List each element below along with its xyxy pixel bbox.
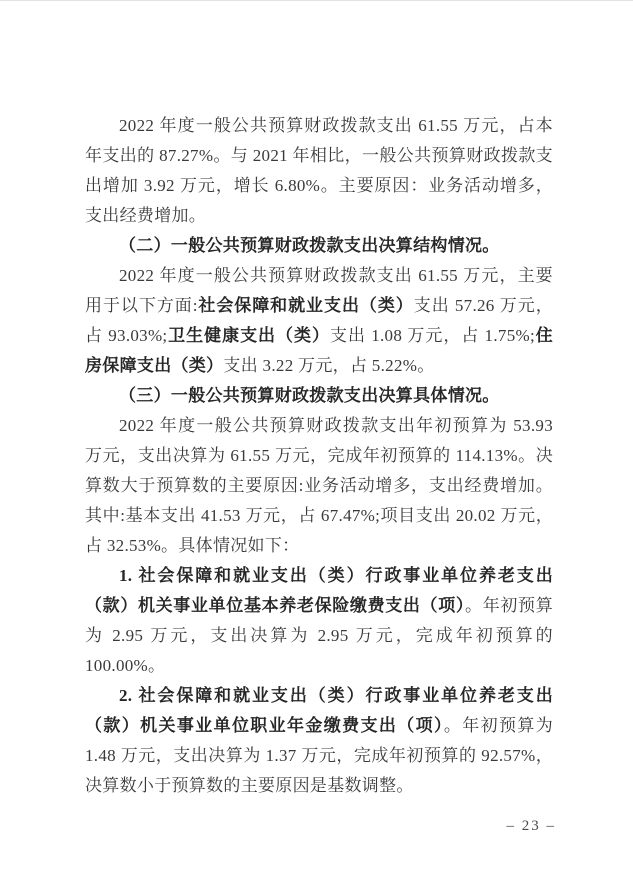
heading-section-3: （三）一般公共预算财政拨款支出决算具体情况。	[85, 381, 553, 411]
paragraph-expenditure-summary: 2022 年度一般公共预算财政拨款支出 61.55 万元，占本年支出的 87.2…	[85, 111, 553, 231]
list-item-2-annuity-contribution: 2. 社会保障和就业支出（类）行政事业单位养老支出（款）机关事业单位职业年金缴费…	[85, 681, 553, 801]
paragraph-budget-vs-final: 2022 年度一般公共预算财政拨款支出年初预算为 53.93 万元，支出决算为 …	[85, 411, 553, 561]
heading-section-2: （二）一般公共预算财政拨款支出决算结构情况。	[85, 231, 553, 261]
paragraph-expenditure-structure: 2022 年度一般公共预算财政拨款支出 61.55 万元，主要用于以下方面:社会…	[85, 261, 553, 381]
paragraph-text: 2022 年度一般公共预算财政拨款支出年初预算为 53.93 万元，支出决算为 …	[85, 416, 553, 555]
category-social-security-label: 社会保障和就业支出（类）	[198, 296, 414, 315]
heading-text: （三）一般公共预算财政拨款支出决算具体情况。	[119, 386, 500, 405]
document-body: 2022 年度一般公共预算财政拨款支出 61.55 万元，占本年支出的 87.2…	[85, 111, 553, 801]
list-item-1-pension-contribution: 1. 社会保障和就业支出（类）行政事业单位养老支出（款）机关事业单位基本养老保险…	[85, 561, 553, 681]
paragraph-segment: 支出 3.22 万元，占 5.22%。	[223, 356, 434, 375]
paragraph-text: 2022 年度一般公共预算财政拨款支出 61.55 万元，占本年支出的 87.2…	[85, 116, 553, 225]
document-page: 2022 年度一般公共预算财政拨款支出 61.55 万元，占本年支出的 87.2…	[0, 0, 633, 896]
page-number: – 23 –	[507, 817, 557, 835]
paragraph-segment: 支出 1.08 万元，占 1.75%;	[330, 326, 535, 345]
heading-text: （二）一般公共预算财政拨款支出决算结构情况。	[119, 236, 500, 255]
category-health-label: 卫生健康支出（类）	[167, 326, 330, 345]
